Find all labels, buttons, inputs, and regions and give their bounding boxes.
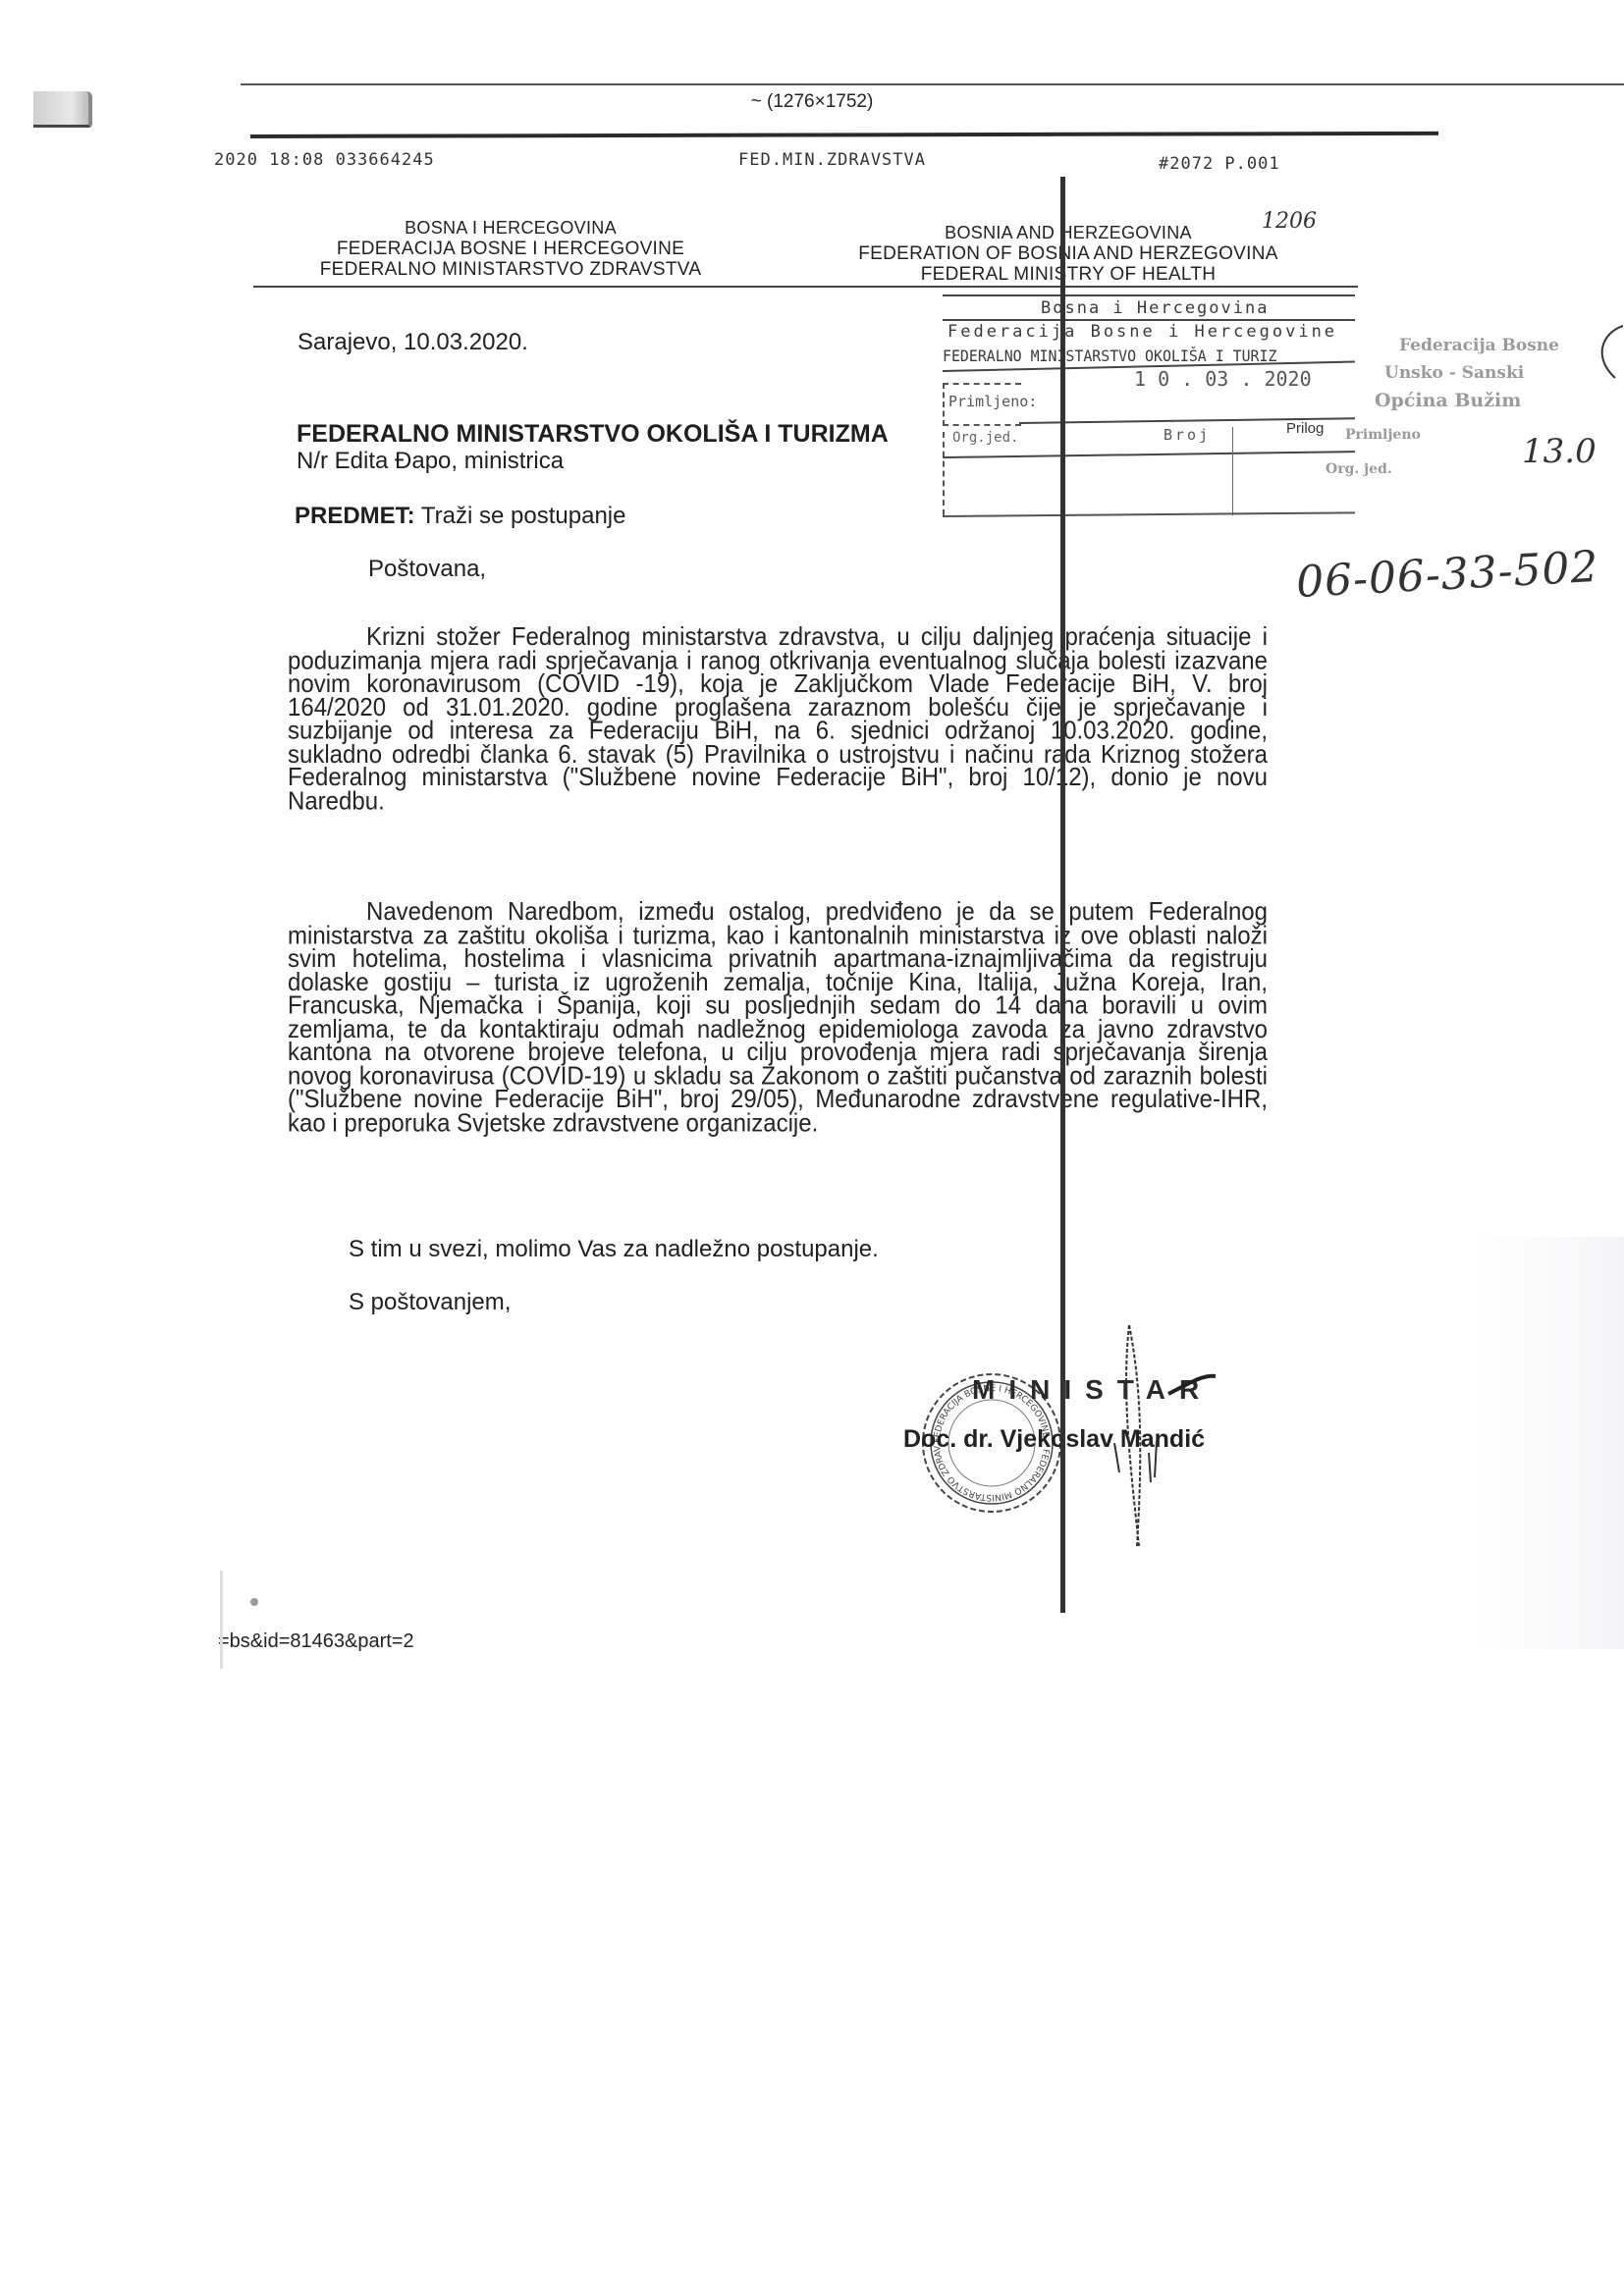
fax-fold-line	[1060, 177, 1065, 1613]
secondary-stamp: Federacija Bosne Unsko - Sanski Općina B…	[1355, 334, 1624, 530]
stamp-left-border	[943, 432, 945, 515]
fax-header-center: FED.MIN.ZDRAVSTVA	[738, 150, 926, 170]
handwritten-curve-icon	[1586, 324, 1624, 383]
handwritten-signature-icon	[1110, 1315, 1218, 1551]
letterhead-rule	[253, 286, 1358, 288]
stamp-line-2: Federacija Bosne i Hercegovine	[947, 322, 1337, 342]
footer-url-fragment: =bs&id=81463&part=2	[218, 1630, 414, 1653]
secondary-stamp-line-3: Općina Bužim	[1375, 390, 1521, 411]
subject-text: Traži se postupanje	[421, 503, 626, 529]
stamp-rule	[943, 294, 1355, 296]
secondary-stamp-handwritten: 13.0	[1522, 432, 1597, 471]
stamp-col-prilog: Prilog	[1286, 420, 1324, 437]
fax-header-left: 2020 18:08 033664245	[214, 150, 435, 170]
letterhead-country-en: BOSNIA AND HERZEGOVINA	[842, 223, 1294, 243]
letterhead-left: BOSNA I HERCEGOVINA FEDERACIJA BOSNE I H…	[304, 218, 717, 280]
subject-label: PREDMET:	[295, 503, 415, 529]
letterhead-ministry-en: FEDERAL MINISTRY OF HEALTH	[842, 264, 1294, 285]
handwritten-registration-number: 06-06-33-502	[1295, 542, 1600, 608]
secondary-stamp-line-1: Federacija Bosne	[1399, 336, 1559, 355]
fax-header-rule	[250, 132, 1438, 138]
letterhead-right: BOSNIA AND HERZEGOVINA FEDERATION OF BOS…	[842, 223, 1294, 285]
recipient: FEDERALNO MINISTARSTVO OKOLIŠA I TURIZMA	[297, 421, 889, 448]
fax-header-right: #2072 P.001	[1159, 154, 1280, 174]
stamp-date: 1 0 . 03 . 2020	[1134, 367, 1312, 391]
recipient-attention: N/r Edita Đapo, ministrica	[297, 448, 564, 474]
letterhead-federation: FEDERACIJA BOSNE I HERCEGOVINE	[304, 239, 717, 259]
scanner-shadow	[1473, 1237, 1624, 1649]
stamp-received-label: Primljeno:	[948, 393, 1037, 410]
scanner-mark	[250, 1598, 258, 1606]
secondary-stamp-line-5: Org. jed.	[1326, 461, 1392, 477]
stamp-col-broj: Broj	[1164, 426, 1211, 444]
paragraph-1-text: Krizni stožer Federalnog ministarstva zd…	[288, 623, 1268, 816]
salutation: Poštovana,	[368, 556, 486, 582]
letterhead-federation-en: FEDERATION OF BOSNIA AND HERZEGOVINA	[842, 243, 1294, 264]
paragraph-1: Krizni stožer Federalnog ministarstva zd…	[288, 626, 1268, 814]
secondary-stamp-line-4: Primljeno	[1345, 427, 1421, 443]
stamp-divider	[1232, 427, 1233, 515]
stamp-rule	[943, 511, 1355, 517]
letterhead-ministry: FEDERALNO MINISTARSTVO ZDRAVSTVA	[304, 259, 717, 280]
handwritten-note: 1206	[1262, 209, 1317, 234]
paragraph-2-text: Navedenom Naredbom, između ostalog, pred…	[288, 898, 1268, 1137]
secondary-stamp-line-2: Unsko - Sanski	[1384, 363, 1524, 383]
letterhead-country: BOSNA I HERCEGOVINA	[304, 218, 717, 239]
received-stamp: Bosna i Hercegovina Federacija Bosne i H…	[943, 294, 1355, 520]
stamp-line-3: FEDERALNO MINISTARSTVO OKOLIŠA I TURIZ	[943, 347, 1276, 365]
scanner-left-edge	[220, 1571, 223, 1669]
place-date: Sarajevo, 10.03.2020.	[298, 329, 528, 355]
closing-request: S tim u svezi, molimo Vas za nadležno po…	[349, 1236, 879, 1262]
paragraph-2: Navedenom Naredbom, između ostalog, pred…	[288, 901, 1268, 1136]
stamp-rule	[943, 451, 1355, 458]
subject-line: PREDMET: Traži se postupanje	[295, 503, 625, 529]
closing: S poštovanjem,	[349, 1289, 511, 1315]
top-rule	[241, 83, 1624, 85]
stamp-rule	[943, 319, 1355, 321]
scan-dimension-label: ~ (1276×1752)	[0, 91, 1624, 113]
stamp-col-orgjed: Org.jed.	[952, 430, 1018, 446]
stamp-line-1: Bosna i Hercegovina	[1041, 298, 1269, 318]
